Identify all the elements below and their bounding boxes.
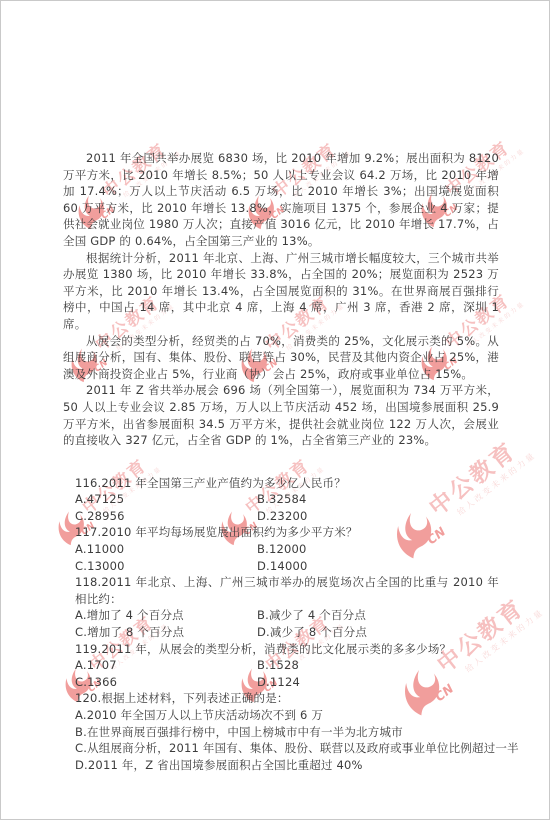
question-119: 119.2011 年，从展会的类型分析，消费类的比文化展示类的多多少场？ A.1… <box>75 641 499 691</box>
material-text-block: 2011 年全国共举办展览 6830 场，比 2010 年增加 9.2%；展出面… <box>63 150 499 773</box>
option-117-B: B.12000 <box>257 541 499 558</box>
question-120-options: A.2010 年全国万人以上节庆活动场次不到 6 万 B.在世界商展百强排行榜中… <box>75 707 499 773</box>
question-120: 120.根据上述材料，下列表述正确的是： A.2010 年全国万人以上节庆活动场… <box>75 690 499 773</box>
option-117-C: C.13000 <box>75 558 257 575</box>
option-119-B: B.1528 <box>257 657 499 674</box>
option-119-A: A.1707 <box>75 657 257 674</box>
option-117-D: D.14000 <box>257 558 499 575</box>
question-119-stem: 119.2011 年，从展会的类型分析，消费类的比文化展示类的多多少场？ <box>75 641 499 658</box>
question-116-options: A.47125 B.32584 C.28956 D.23200 <box>75 491 499 524</box>
question-118-stem: 118.2011 年北京、上海、广州三城市举办的展览场次占全国的比重与 2010… <box>75 574 499 607</box>
option-120-B: B.在世界商展百强排行榜中，中国上榜城市中有一半为北方城市 <box>75 724 499 741</box>
material-paragraph-2: 根据统计分析，2011 年北京、上海、广州三城市增长幅度较大，三个城市共举办展览… <box>63 250 499 333</box>
material-paragraph-1: 2011 年全国共举办展览 6830 场，比 2010 年增加 9.2%；展出面… <box>63 150 499 250</box>
option-119-D: D.1124 <box>257 674 499 691</box>
option-118-D: D.减少了 8 个百分点 <box>257 624 499 641</box>
question-116: 116.2011 年全国第三产业产值约为多少亿人民币？ A.47125 B.32… <box>75 475 499 525</box>
question-120-stem: 120.根据上述材料，下列表述正确的是： <box>75 690 499 707</box>
option-120-C: C.从组展商分析，2011 年国有、集体、股份、联营以及政府或事业单位比例超过一… <box>75 740 499 757</box>
option-119-C: C.1366 <box>75 674 257 691</box>
option-116-D: D.23200 <box>257 508 499 525</box>
material-paragraph-3: 从展会的类型分析，经贸类的占 70%，消费类的 25%，文化展示类的 5%。从组… <box>63 333 499 383</box>
option-120-A: A.2010 年全国万人以上节庆活动场次不到 6 万 <box>75 707 499 724</box>
question-118-options: A.增加了 4 个百分点 B.减少了 4 个百分点 C.增加了 8 个百分点 D… <box>75 607 499 640</box>
option-116-C: C.28956 <box>75 508 257 525</box>
question-116-stem: 116.2011 年全国第三产业产值约为多少亿人民币？ <box>75 475 499 492</box>
option-118-A: A.增加了 4 个百分点 <box>75 607 257 624</box>
exam-document-page: CN 中公教育 给人改变未来的力量 CN 中公教育 给人改变未来的力量 <box>0 0 550 820</box>
question-117-stem: 117.2010 年平均每场展览展出面积约为多少平方米？ <box>75 524 499 541</box>
option-116-A: A.47125 <box>75 491 257 508</box>
option-120-D: D.2011 年，Z 省出国境参展面积占全国比重超过 40% <box>75 757 499 774</box>
question-117: 117.2010 年平均每场展览展出面积约为多少平方米？ A.11000 B.1… <box>75 524 499 574</box>
option-118-B: B.减少了 4 个百分点 <box>257 607 499 624</box>
question-118: 118.2011 年北京、上海、广州三城市举办的展览场次占全国的比重与 2010… <box>75 574 499 640</box>
question-117-options: A.11000 B.12000 C.13000 D.14000 <box>75 541 499 574</box>
material-paragraph-4: 2011 年 Z 省共举办展会 696 场（列全国第一），展览面积为 734 万… <box>63 382 499 448</box>
option-117-A: A.11000 <box>75 541 257 558</box>
question-119-options: A.1707 B.1528 C.1366 D.1124 <box>75 657 499 690</box>
option-118-C: C.增加了 8 个百分点 <box>75 624 257 641</box>
option-116-B: B.32584 <box>257 491 499 508</box>
question-list: 116.2011 年全国第三产业产值约为多少亿人民币？ A.47125 B.32… <box>75 475 499 774</box>
